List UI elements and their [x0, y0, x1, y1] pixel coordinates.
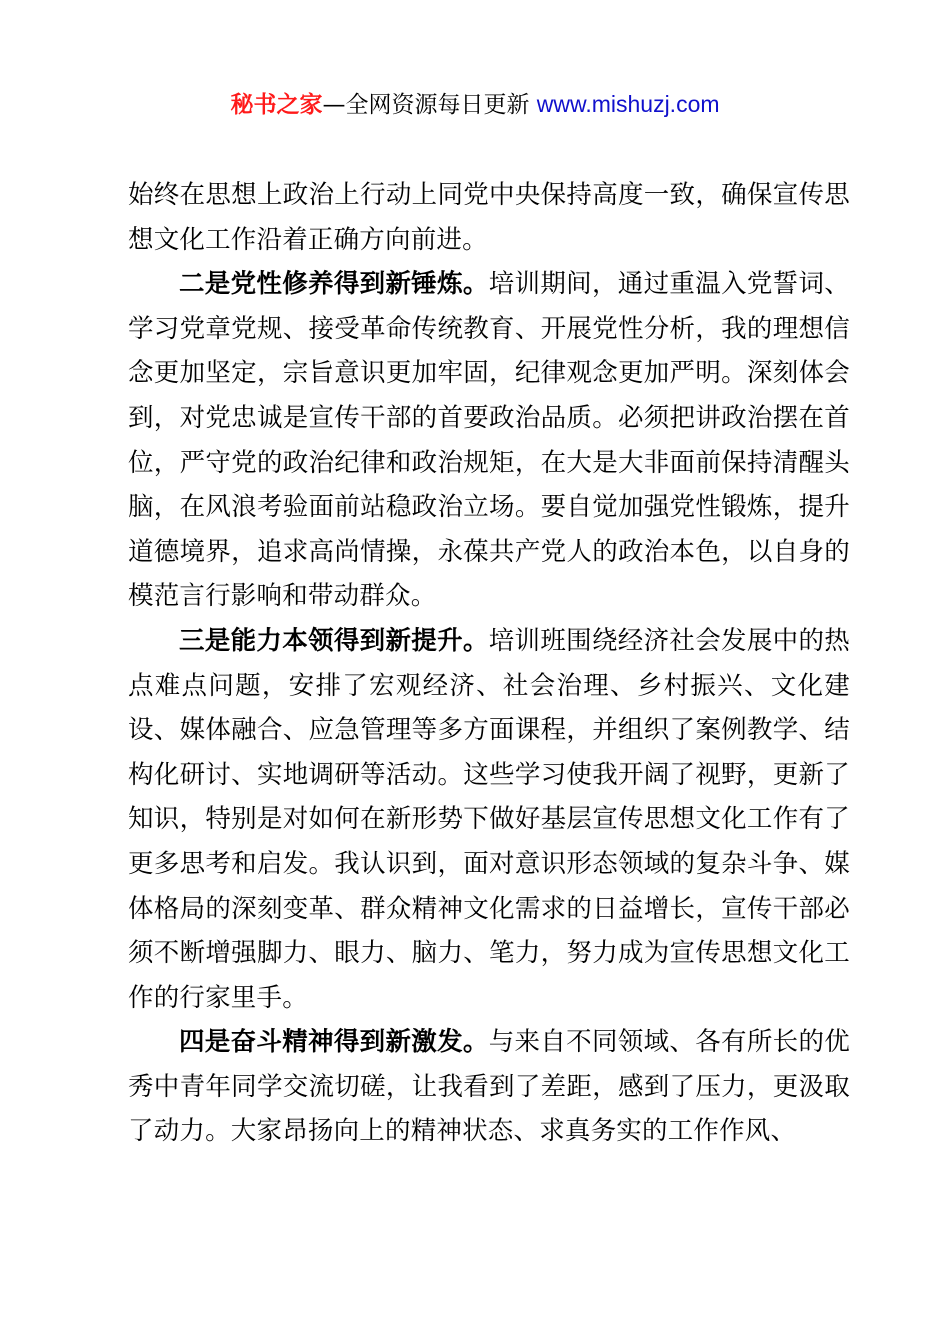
paragraph-4: 四是奋斗精神得到新激发。与来自不同领域、各有所长的优秀中青年同学交流切磋，让我看… [128, 1020, 850, 1154]
paragraph-1: 始终在思想上政治上行动上同党中央保持高度一致，确保宣传思想文化工作沿着正确方向前… [128, 173, 850, 262]
paragraph-text: 培训期间，通过重温入党誓词、学习党章党规、接受革命传统教育、开展党性分析，我的理… [128, 269, 850, 611]
site-url-link[interactable]: www.mishuzj.com [537, 91, 720, 117]
paragraph-3: 三是能力本领得到新提升。培训班围绕经济社会发展中的热点难点问题，安排了宏观经济、… [128, 619, 850, 1020]
paragraph-text: 培训班围绕经济社会发展中的热点难点问题，安排了宏观经济、社会治理、乡村振兴、文化… [128, 626, 850, 1013]
paragraph-lead: 三是能力本领得到新提升。 [179, 626, 489, 656]
paragraph-lead: 四是奋斗精神得到新激发。 [179, 1027, 489, 1057]
document-body: 始终在思想上政治上行动上同党中央保持高度一致，确保宣传思想文化工作沿着正确方向前… [128, 173, 850, 1154]
site-tagline: —全网资源每日更新 [322, 92, 536, 118]
paragraph-2: 二是党性修养得到新锤炼。培训期间，通过重温入党誓词、学习党章党规、接受革命传统教… [128, 262, 850, 619]
site-header: 秘书之家—全网资源每日更新 www.mishuzj.com [0, 86, 950, 123]
paragraph-lead: 二是党性修养得到新锤炼。 [179, 269, 489, 299]
paragraph-text: 始终在思想上政治上行动上同党中央保持高度一致，确保宣传思想文化工作沿着正确方向前… [128, 180, 850, 255]
site-brand: 秘书之家 [230, 92, 322, 118]
